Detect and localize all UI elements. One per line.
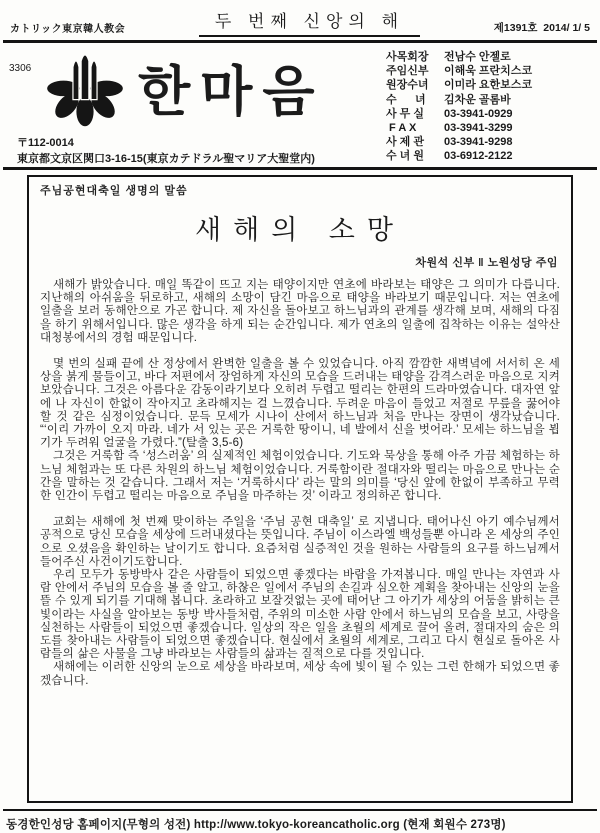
address-block: 〒112-0014 東京都文京区関口3-16-15(東京カテドラル聖マリア大聖堂… [17, 136, 386, 168]
contact-row: 원장수녀이미라 요한보스코 [386, 78, 592, 92]
paragraph: 교회는 새해에 첫 번째 맞이하는 주일을 ‘주님 공현 대축일’ 로 지냅니다… [40, 516, 560, 569]
paragraph: 그것은 거룩함 즉 ‘성스러움’ 의 실제적인 체험이었습니다. 기도와 묵상을… [40, 450, 560, 503]
serial-number: 3306 [9, 63, 31, 74]
contact-row: 수 녀 원03-6912-2122 [386, 149, 592, 163]
footer-homepage-note: 동경한인성당 홈페이지(무형의 성전) http://www.tokyo-kor… [0, 811, 600, 833]
article-body: 새해가 밝았습니다. 매일 똑같이 뜨고 지는 태양이지만 연초에 바라보는 태… [40, 279, 560, 688]
issue-date: 2014/ 1/ 5 [543, 22, 590, 34]
mugunghwa-cathedral-logo [42, 48, 128, 134]
contact-row: 사목회장전남수 안젤로 [386, 50, 592, 64]
postal-code: 〒112-0014 [17, 136, 386, 152]
page-footer: 동경한인성당 홈페이지(무형의 성전) http://www.tokyo-kor… [0, 809, 600, 833]
top-header: カトリック東京韓人教会 두 번째 신앙의 해 제1391호 2014/ 1/ 5 [0, 0, 600, 40]
contact-row: F A X03-3941-3299 [386, 121, 592, 135]
newsletter-title: 한마음 [138, 64, 325, 118]
contact-row: 주임신부이해욱 프란치스코 [386, 64, 592, 78]
year-of-faith-slogan: 두 번째 신앙의 해 [199, 7, 420, 37]
org-name-japanese: カトリック東京韓人教会 [10, 20, 125, 37]
contact-list: 사목회장전남수 안젤로 주임신부이해욱 프란치스코 원장수녀이미라 요한보스코 … [386, 47, 592, 167]
newsletter-page: カトリック東京韓人教会 두 번째 신앙의 해 제1391호 2014/ 1/ 5… [0, 0, 600, 833]
article-byline: 차원석 신부 ‖ 노원성당 주임 [40, 254, 558, 270]
contact-row: 사 무 실03-3941-0929 [386, 107, 592, 121]
article-title: 새해의 소망 [40, 208, 560, 247]
contact-row: 사 제 관03-3941-9298 [386, 135, 592, 149]
paragraph: 우리 모두가 동방박사 같은 사람들이 되었으면 좋겠다는 바람을 가져봅니다.… [40, 569, 560, 661]
masthead-left: 3306 한마음 〒112-0014 [8, 47, 386, 167]
article-box: 주님공현대축일 생명의 말씀 새해의 소망 차원석 신부 ‖ 노원성당 주임 새… [27, 175, 573, 803]
issue-number: 제1391호 [494, 22, 538, 34]
street-address: 東京都文京区関口3-16-15(東京カテドラル聖マリア大聖堂内) [17, 152, 386, 168]
issue-number-date: 제1391호 2014/ 1/ 5 [494, 20, 590, 37]
paragraph: 몇 번의 실패 끝에 산 정상에서 완벽한 일출을 볼 수 있었습니다. 아직 … [40, 358, 560, 450]
logo-title-row: 한마음 [42, 47, 386, 135]
masthead: 3306 한마음 〒112-0014 [0, 43, 600, 167]
contact-row: 수 녀김차운 골롬바 [386, 93, 592, 107]
article-kicker: 주님공현대축일 생명의 말씀 [40, 182, 560, 198]
paragraph: 새해가 밝았습니다. 매일 똑같이 뜨고 지는 태양이지만 연초에 바라보는 태… [40, 279, 560, 345]
paragraph: 새해에는 이러한 신앙의 눈으로 세상을 바라보며, 세상 속에 빛이 될 수 … [40, 661, 560, 687]
